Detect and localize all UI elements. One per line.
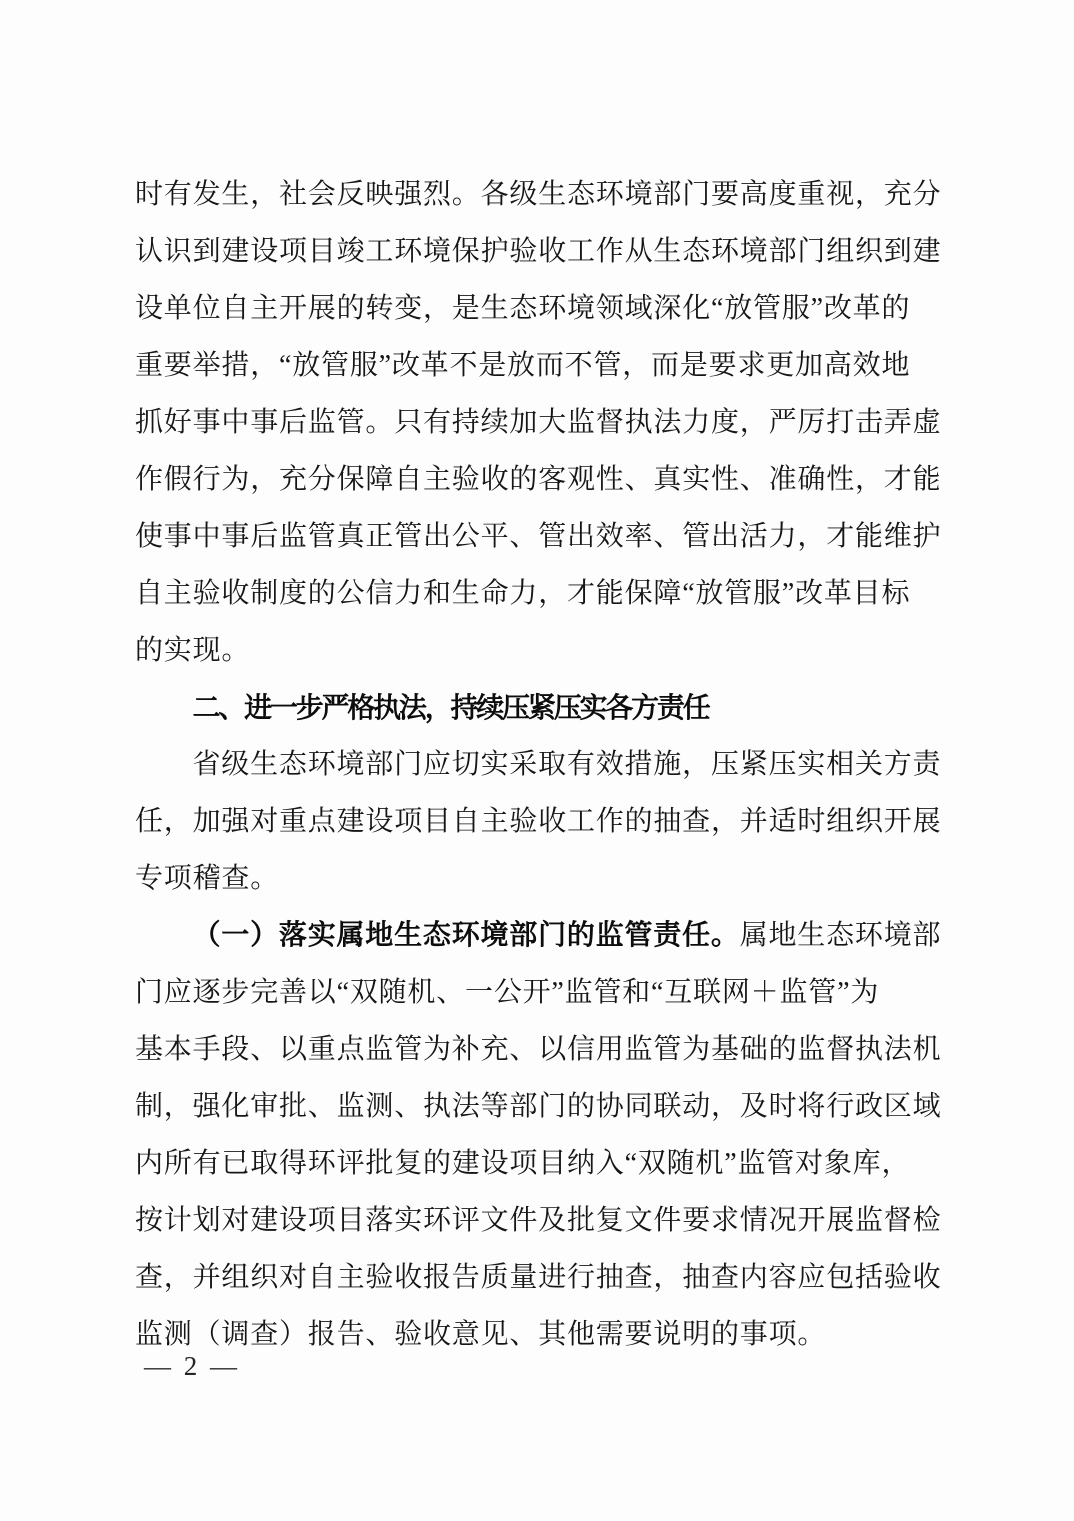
text-line: 自主验收制度的公信力和生命力，才能保障“放管服”改革目标 [135, 565, 945, 622]
text-run: 专项稽查。 [135, 863, 279, 894]
text-run: 重要举措，“放管服”改革不是放而不管，而是要求更加高效地 [135, 350, 910, 381]
text-run: 的实现。 [135, 635, 250, 666]
text-run: 基本手段、以重点监管为补充、以信用监管为基础的监督执法机 [135, 1034, 941, 1065]
page-number: — 2 — [144, 1346, 240, 1386]
text-line: 制，强化审批、监测、执法等部门的协同联动，及时将行政区域 [135, 1078, 945, 1135]
text-run: 设单位自主开展的转变，是生态环境领域深化“放管服”改革的 [135, 293, 910, 324]
text-line: 门应逐步完善以“双随机、一公开”监管和“互联网＋监管”为 [135, 964, 945, 1021]
text-line: 监测（调查）报告、验收意见、其他需要说明的事项。 [135, 1306, 945, 1363]
text-run: 省级生态环境部门应切实采取有效措施，压紧压实相关方责 [193, 749, 942, 780]
text-run: 作假行为，充分保障自主验收的客观性、真实性、准确性，才能 [135, 464, 941, 495]
text-run: 门应逐步完善以“双随机、一公开”监管和“互联网＋监管”为 [135, 977, 879, 1008]
text-line: 认识到建设项目竣工环境保护验收工作从生态环境部门组织到建 [135, 223, 945, 280]
text-line: 内所有已取得环评批复的建设项目纳入“双随机”监管对象库， [135, 1135, 945, 1192]
text-run: 属地生态环境部 [740, 920, 942, 951]
text-line: 任，加强对重点建设项目自主验收工作的抽查，并适时组织开展 [135, 793, 945, 850]
text-run: 制，强化审批、监测、执法等部门的协同联动，及时将行政区域 [135, 1091, 941, 1122]
text-run: 使事中事后监管真正管出公平、管出效率、管出活力，才能维护 [135, 521, 941, 552]
text-line: 时有发生，社会反映强烈。各级生态环境部门要高度重视，充分 [135, 166, 945, 223]
text-run: 自主验收制度的公信力和生命力，才能保障“放管服”改革目标 [135, 578, 910, 609]
document-page: 时有发生，社会反映强烈。各级生态环境部门要高度重视，充分认识到建设项目竣工环境保… [0, 0, 1074, 1521]
text-line: 查，并组织对自主验收报告质量进行抽查，抽查内容应包括验收 [135, 1249, 945, 1306]
text-line: 重要举措，“放管服”改革不是放而不管，而是要求更加高效地 [135, 337, 945, 394]
text-line: 省级生态环境部门应切实采取有效措施，压紧压实相关方责 [135, 736, 945, 793]
text-run: 内所有已取得环评批复的建设项目纳入“双随机”监管对象库， [135, 1148, 910, 1179]
text-line: （一）落实属地生态环境部门的监管责任。属地生态环境部 [135, 907, 945, 964]
text-run: 查，并组织对自主验收报告质量进行抽查，抽查内容应包括验收 [135, 1262, 941, 1293]
text-line: 专项稽查。 [135, 850, 945, 907]
text-line: 使事中事后监管真正管出公平、管出效率、管出活力，才能维护 [135, 508, 945, 565]
text-run: 抓好事中事后监管。只有持续加大监督执法力度，严厉打击弄虚 [135, 407, 941, 438]
text-line: 按计划对建设项目落实环评文件及批复文件要求情况开展监督检 [135, 1192, 945, 1249]
text-line: 基本手段、以重点监管为补充、以信用监管为基础的监督执法机 [135, 1021, 945, 1078]
page-body-text: 时有发生，社会反映强烈。各级生态环境部门要高度重视，充分认识到建设项目竣工环境保… [135, 166, 945, 1363]
text-run: 任，加强对重点建设项目自主验收工作的抽查，并适时组织开展 [135, 806, 941, 837]
text-run: 认识到建设项目竣工环境保护验收工作从生态环境部门组织到建 [135, 236, 941, 267]
text-line: 设单位自主开展的转变，是生态环境领域深化“放管服”改革的 [135, 280, 945, 337]
text-line: 的实现。 [135, 622, 945, 679]
text-run: 二、进一步严格执法，持续压紧压实各方责任 [193, 692, 709, 723]
text-line: 作假行为，充分保障自主验收的客观性、真实性、准确性，才能 [135, 451, 945, 508]
emphasized-text-run: （一）落实属地生态环境部门的监管责任。 [193, 920, 740, 951]
text-run: 按计划对建设项目落实环评文件及批复文件要求情况开展监督检 [135, 1205, 941, 1236]
text-line: 抓好事中事后监管。只有持续加大监督执法力度，严厉打击弄虚 [135, 394, 945, 451]
text-run: 时有发生，社会反映强烈。各级生态环境部门要高度重视，充分 [135, 179, 941, 210]
section-heading: 二、进一步严格执法，持续压紧压实各方责任 [135, 679, 945, 736]
